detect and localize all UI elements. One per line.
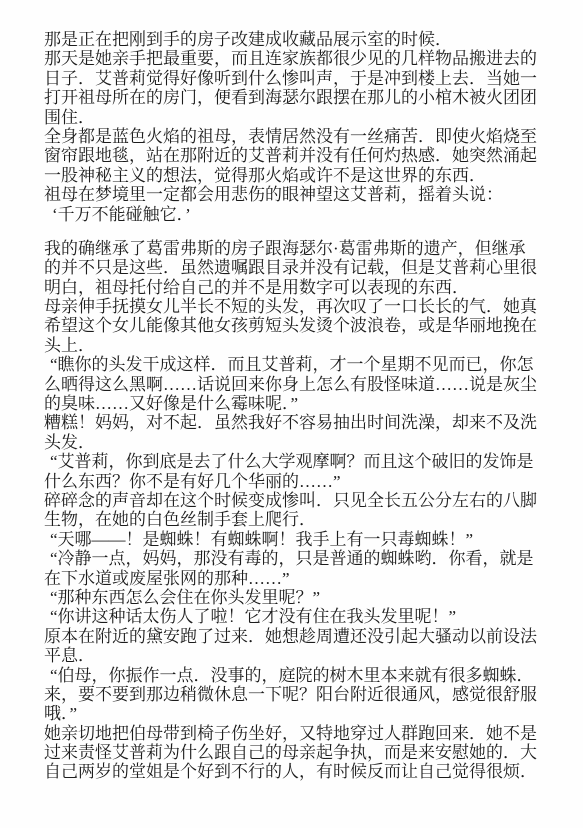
- text-line: 什么东西？你不是有好几个华丽的……”: [44, 472, 542, 491]
- text-line: “你讲这种话太伤人了啦！它才没有住在我头发里呢！”: [44, 607, 542, 626]
- text-line: 过来责怪艾普莉为什么跟自己的母亲起争执，而是来安慰她的．大: [44, 743, 542, 762]
- text-line: 母亲伸手抚摸女儿半长不短的头发，再次叹了一口长长的气．她真: [44, 297, 542, 316]
- text-line: 祖母在梦境里一定都会用悲伤的眼神望这艾普莉，摇着头说：: [44, 185, 542, 204]
- text-line: “那种东西怎么会住在你头发里呢？”: [44, 588, 542, 607]
- text-line: 生物，在她的白色丝制手套上爬行．: [44, 510, 542, 529]
- text-line: 日子．艾普莉觉得好像听到什么惨叫声，于是冲到楼上去．当她一: [44, 69, 542, 88]
- text-line: 原本在附近的黛安跑了过来．她想趁周遭还没引起大骚动以前设法: [44, 627, 542, 646]
- text-line: 自己两岁的堂姐是个好到不行的人，有时候反而让自己觉得很烦．: [44, 762, 542, 781]
- scanned-novel-page: 那是正在把刚到手的房子改建成收藏品展示室的时候．那天是她亲手把最重要，而且连家族…: [0, 0, 583, 828]
- text-line: 平息．: [44, 646, 542, 665]
- text-line: “冷静一点，妈妈，那没有毒的，只是普通的蜘蛛哟．你看，就是: [44, 549, 542, 568]
- text-line: 一股神秘主义的想法，觉得那火焰或许不是这世界的东西．: [44, 166, 542, 185]
- text-line: 窗帘跟地毯，站在那附近的艾普莉并没有任何灼热感．她突然涌起: [44, 146, 542, 165]
- text-line: 那天是她亲手把最重要，而且连家族都很少见的几样物品搬进去的: [44, 49, 542, 68]
- text-line: “伯母，你振作一点．没事的，庭院的树木里本来就有很多蜘蛛．: [44, 666, 542, 685]
- text-line: 在下水道或废屋张网的那种……”: [44, 569, 542, 588]
- text-line: 来，要不要到那边稍微休息一下呢？阳台附近很通风，感觉很舒服: [44, 685, 542, 704]
- text-line: “天哪——！是蜘蛛！有蜘蛛啊！我手上有一只毒蜘蛛！”: [44, 530, 542, 549]
- text-line: 糟糕！妈妈，对不起．虽然我好不容易抽出时间洗澡，却来不及洗: [44, 413, 542, 432]
- text-line: 那是正在把刚到手的房子改建成收藏品展示室的时候．: [44, 30, 542, 49]
- text-line: ‘千万不能碰触它．’: [44, 205, 542, 224]
- text-line: 哦．”: [44, 704, 542, 723]
- text-line: 的臭味……又好像是什么霉味呢．”: [44, 394, 542, 413]
- text-line: “瞧你的头发干成这样．而且艾普莉，才一个星期不见而已，你怎: [44, 355, 542, 374]
- text-line: 碎碎念的声音却在这个时候变成惨叫．只见全长五公分左右的八脚: [44, 491, 542, 510]
- text-line: 全身都是蓝色火焰的祖母，表情居然没有一丝痛苦．即使火焰烧至: [44, 127, 542, 146]
- text-line: 明白，祖母托付给自己的并不是用数字可以表现的东西．: [44, 278, 542, 297]
- text-line: 么晒得这么黑啊……话说回来你身上怎么有股怪味道……说是灰尘: [44, 375, 542, 394]
- text-line: 围住．: [44, 108, 542, 127]
- text-line: “艾普莉，你到底是去了什么大学观摩啊？而且这个破旧的发饰是: [44, 452, 542, 471]
- text-line: 我的确继承了葛雷弗斯的房子跟海瑟尔·葛雷弗斯的遗产，但继承: [44, 239, 542, 258]
- blank-line: [44, 224, 542, 239]
- text-block: 那是正在把刚到手的房子改建成收藏品展示室的时候．那天是她亲手把最重要，而且连家族…: [44, 30, 542, 782]
- text-line: 她亲切地把伯母带到椅子伤坐好，又特地穿过人群跑回来．她不是: [44, 724, 542, 743]
- text-line: 的并不只是这些．虽然遗嘱跟目录并没有记载，但是艾普莉心里很: [44, 258, 542, 277]
- text-line: 头发．: [44, 433, 542, 452]
- text-line: 头上．: [44, 336, 542, 355]
- text-line: 希望这个女儿能像其他女孩剪短头发烫个波浪卷，或是华丽地挽在: [44, 316, 542, 335]
- text-line: 打开祖母所在的房门，便看到海瑟尔跟摆在那儿的小棺木被火团团: [44, 88, 542, 107]
